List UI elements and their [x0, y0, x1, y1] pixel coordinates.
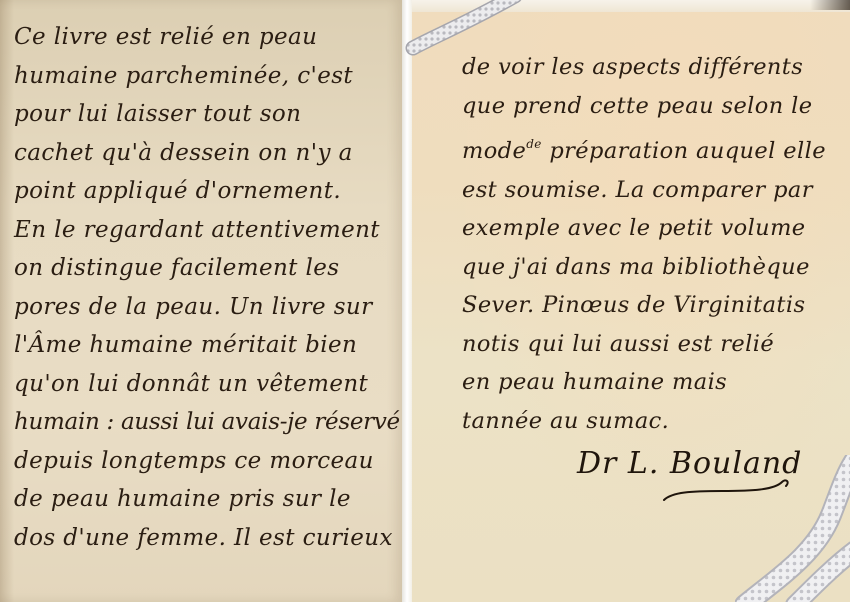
superscript-text: de [526, 137, 542, 151]
left-page-line: on distingue facilement les [14, 249, 388, 288]
left-page-line: humaine parcheminée, c'est [14, 57, 388, 96]
left-page-line: point appliqué d'ornement. [14, 172, 388, 211]
left-page-line: pour lui laisser tout son [14, 95, 388, 134]
left-page: Ce livre est relié en peau humaine parch… [0, 0, 402, 602]
left-page-line: dos d'une femme. Il est curieux [14, 519, 388, 558]
line-text: mode [462, 138, 526, 164]
right-page-line: en peau humaine mais [462, 363, 840, 402]
right-page-line: notis qui lui aussi est relié [462, 325, 840, 364]
left-page-line: qu'on lui donnât un vêtement [14, 365, 388, 404]
left-page-line: Ce livre est relié en peau [14, 18, 388, 57]
right-page-line: modede préparation auquel elle [462, 125, 840, 171]
top-right-shadow [810, 0, 850, 10]
right-page-line: exemple avec le petit volume [462, 209, 840, 248]
manuscript-photo: Ce livre est relié en peau humaine parch… [0, 0, 850, 602]
signature-flourish-icon [662, 478, 792, 504]
left-page-line: de peau humaine pris sur le [14, 480, 388, 519]
left-page-line: cachet qu'à dessein on n'y a [14, 134, 388, 173]
left-page-line: pores de la peau. Un livre sur [14, 288, 388, 327]
page-gutter [402, 0, 412, 602]
left-page-line: humain : aussi lui avais-je réservé [14, 403, 388, 442]
right-page-line: est soumise. La comparer par [462, 171, 840, 210]
right-page-line: que j'ai dans ma bibliothèque [462, 248, 840, 287]
left-page-line: l'Âme humaine méritait bien [14, 326, 388, 365]
right-page-line: de voir les aspects différents [462, 48, 840, 87]
right-page-line: Sever. Pinœus de Virginitatis [462, 286, 840, 325]
right-page: de voir les aspects différents que prend… [412, 0, 850, 602]
left-page-line: depuis longtemps ce morceau [14, 442, 388, 481]
signature: Dr L. Bouland [577, 446, 802, 481]
left-page-line: En le regardant attentivement [14, 211, 388, 250]
right-page-line: que prend cette peau selon le [462, 87, 840, 126]
right-page-line: tannée au sumac. [462, 402, 840, 441]
line-text: préparation auquel elle [542, 138, 826, 164]
